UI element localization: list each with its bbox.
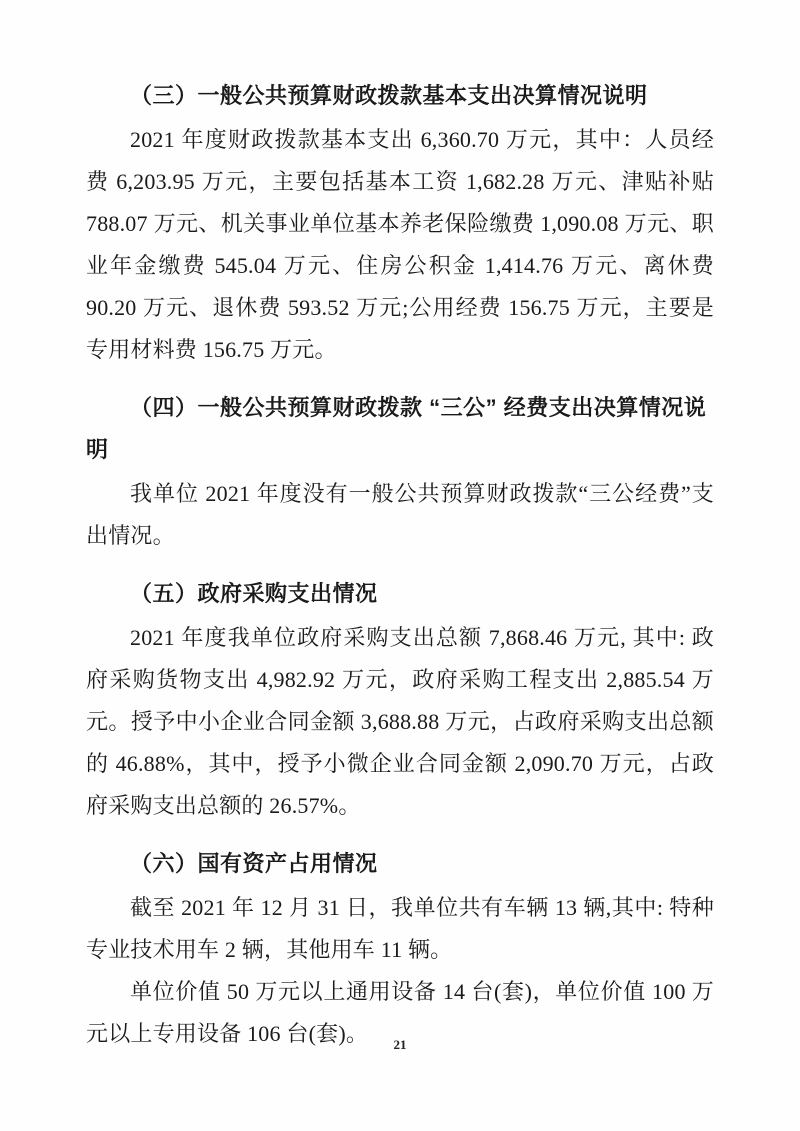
section-state-assets-paragraph-vehicles: 截至 2021 年 12 月 31 日，我单位共有车辆 13 辆,其中: 特种专… [86,887,714,971]
section-state-assets: （六）国有资产占用情况 截至 2021 年 12 月 31 日，我单位共有车辆 … [86,843,714,1055]
section-basic-expenditure: （三）一般公共预算财政拨款基本支出决算情况说明 2021 年度财政拨款基本支出 … [86,75,714,371]
section-government-procurement-paragraph: 2021 年度我单位政府采购支出总额 7,868.46 万元, 其中: 政府采购… [86,617,714,827]
page-number: 21 [0,1037,800,1053]
section-state-assets-heading: （六）国有资产占用情况 [86,843,714,885]
section-three-public-funds: （四）一般公共预算财政拨款 “三公” 经费支出决算情况说明 我单位 2021 年… [86,387,714,557]
section-basic-expenditure-paragraph: 2021 年度财政拨款基本支出 6,360.70 万元，其中：人员经费 6,20… [86,119,714,371]
section-three-public-funds-heading: （四）一般公共预算财政拨款 “三公” 经费支出决算情况说明 [86,387,714,471]
section-government-procurement: （五）政府采购支出情况 2021 年度我单位政府采购支出总额 7,868.46 … [86,573,714,827]
section-basic-expenditure-heading: （三）一般公共预算财政拨款基本支出决算情况说明 [86,75,714,117]
section-government-procurement-heading: （五）政府采购支出情况 [86,573,714,615]
section-three-public-funds-paragraph: 我单位 2021 年度没有一般公共预算财政拨款“三公经费”支出情况。 [86,473,714,557]
document-page: （三）一般公共预算财政拨款基本支出决算情况说明 2021 年度财政拨款基本支出 … [0,0,800,1131]
